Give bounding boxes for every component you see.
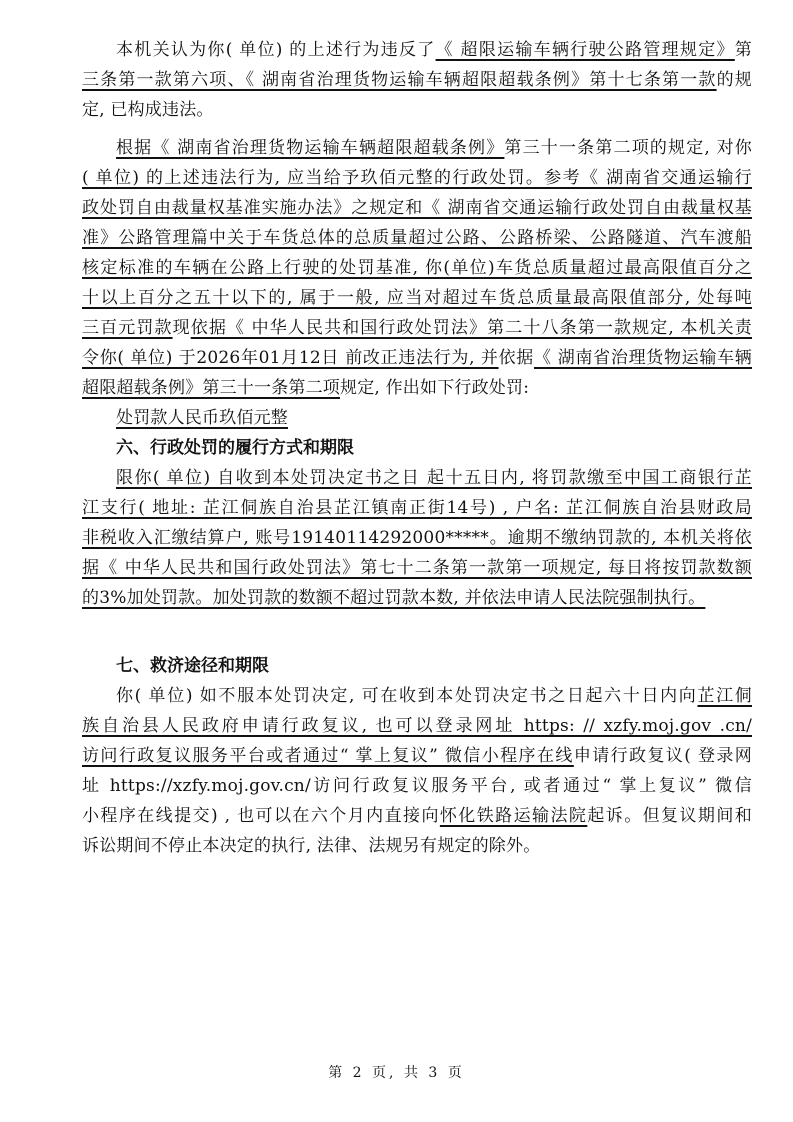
- paragraph-line: 三百元罚款现依据《 中华人民共和国行政处罚法》第二十八条第一款规定, 本机关责: [82, 315, 752, 341]
- underlined-text: 的3%加处罚款。加处罚款的数额不超过罚款本数, 并依法申请人民法院强制执行。: [82, 588, 705, 608]
- underlined-text: 访问行政复议服务平台或者通过“ 掌上复议” 微信小程序在线: [82, 746, 574, 766]
- paragraph-line: 族自治县人民政府申请行政复议, 也可以登录网址 https: // xzfy.m…: [82, 713, 752, 739]
- text-run: 现: [173, 318, 191, 338]
- document-page: 本机关认为你( 单位) 的上述行为违反了《 超限运输车辆行驶公路管理规定》第三条…: [0, 0, 793, 1122]
- paragraph-line: 超限超载条例》第三十一条第二项规定, 作出如下行政处罚:: [82, 375, 752, 401]
- underlined-text: 处罚款人民币玖佰元整: [116, 408, 288, 428]
- underlined-text: 芷江侗: [697, 686, 752, 706]
- paragraph-line: 小程序在线提交) , 也可以在六个月内直接向怀化铁路运输法院起诉。但复议期间和: [82, 803, 752, 829]
- paragraph-line: 定, 已构成违法。: [82, 97, 752, 123]
- text-run: 本机关认为你( 单位) 的上述行为违反了: [116, 40, 436, 60]
- paragraph-line: 江支行( 地址: 芷江侗族自治县芷江镇南正街14号) , 户名: 芷江侗族自治县…: [82, 495, 752, 521]
- paragraph-line: 本机关认为你( 单位) 的上述行为违反了《 超限运输车辆行驶公路管理规定》第: [116, 37, 752, 63]
- underlined-text: 江支行( 地址: 芷江侗族自治县芷江镇南正街14号) , 户名: 芷江侗族自治县…: [82, 498, 752, 518]
- underlined-text: 据《 中华人民共和国行政处罚法》第七十二条第一款第一项规定, 每日将按罚款数额: [82, 558, 752, 578]
- paragraph-line: 的3%加处罚款。加处罚款的数额不超过罚款本数, 并依法申请人民法院强制执行。: [82, 585, 752, 611]
- paragraph-line: 你( 单位) 如不服本处罚决定, 可在收到本处罚决定书之日起六十日内向芷江侗: [116, 683, 752, 709]
- text-run: 起诉。但复议期间和: [587, 806, 752, 826]
- text-run: 第三十一条第二项的规定, 对你: [504, 138, 752, 158]
- paragraph-line: 限你( 单位) 自收到本处罚决定书之日 起十五日内, 将罚款缴至中国工商银行芷: [116, 465, 752, 491]
- paragraph-line: ( 单位) 的上述违法行为, 应当给予玖佰元整的行政处罚。参考《 湖南省交通运输…: [82, 165, 752, 191]
- paragraph-line: 根据《 湖南省治理货物运输车辆超限超载条例》第三十一条第二项的规定, 对你: [116, 135, 752, 161]
- underlined-text: 依据《 中华人民共和国行政处罚法》第二十八条第一款规定, 本机关责: [191, 318, 752, 338]
- paragraph-line: 十以上百分之五十以下的, 属于一般, 应当对超过车货总质量最高限值部分, 处每吨: [82, 285, 752, 311]
- text-run: 规定, 作出如下行政处罚:: [340, 378, 529, 398]
- text-run: 依据: [499, 348, 534, 368]
- text-run: 的规: [717, 70, 752, 90]
- paragraph-line: 政处罚自由裁量权基准实施办法》之规定和《 湖南省交通运输行政处罚自由裁量权基: [82, 195, 752, 221]
- text-run: 址 https://xzfy.moj.gov.cn/访问行政复议服务平台, 或者…: [82, 776, 752, 796]
- underlined-text: ( 单位) 的上述违法行为, 应当给予玖佰元整的行政处罚。参考《 湖南省交通运输…: [82, 168, 752, 188]
- section-heading: 七、救济途径和期限: [116, 653, 269, 679]
- underlined-text: 令你( 单位) 于2026年01月12日 前改正违法行为, 并: [82, 348, 499, 368]
- underlined-text: 根据《 湖南省治理货物运输车辆超限超载条例》: [116, 138, 504, 158]
- underlined-text: 三百元罚款: [82, 318, 173, 338]
- underlined-text: 族自治县人民政府申请行政复议, 也可以登录网址 https: // xzfy.m…: [82, 716, 752, 736]
- paragraph-line: 据《 中华人民共和国行政处罚法》第七十二条第一款第一项规定, 每日将按罚款数额: [82, 555, 752, 581]
- text-run: 你( 单位) 如不服本处罚决定, 可在收到本处罚决定书之日起六十日内向: [116, 686, 697, 706]
- paragraph-line: 三条第一款第六项、《 湖南省治理货物运输车辆超限超载条例》第十七条第一款的规: [82, 67, 752, 93]
- underlined-text: 十以上百分之五十以下的, 属于一般, 应当对超过车货总质量最高限值部分, 处每吨: [82, 288, 752, 308]
- section-heading: 六、行政处罚的履行方式和期限: [116, 435, 354, 461]
- underlined-text: 核定标准的车辆在公路上行驶的处罚基准, 你(单位)车货总质量超过最高限值百分之: [82, 258, 752, 278]
- underlined-text: 《 湖南省治理货物运输车辆: [534, 348, 752, 368]
- underlined-text: 超限超载条例》第三十一条第二项: [82, 378, 340, 398]
- underlined-text: 非税收入汇缴结算户, 账号19140114292000*****。逾期不缴纳罚款…: [82, 528, 752, 548]
- text-run: 申请行政复议( 登录网: [574, 746, 752, 766]
- text-run: 第: [735, 40, 752, 60]
- text-run: 定, 已构成违法。: [82, 100, 214, 120]
- underlined-text: 限你( 单位) 自收到本处罚决定书之日 起十五日内, 将罚款缴至中国工商银行芷: [116, 468, 752, 488]
- paragraph-line: 处罚款人民币玖佰元整: [116, 405, 752, 431]
- paragraph-line: 准》公路管理篇中关于车货总体的总质量超过公路、公路桥梁、公路隧道、汽车渡船: [82, 225, 752, 251]
- paragraph-line: 令你( 单位) 于2026年01月12日 前改正违法行为, 并依据《 湖南省治理…: [82, 345, 752, 371]
- paragraph-line: 诉讼期间不停止本决定的执行, 法律、法规另有规定的除外。: [82, 833, 752, 859]
- underlined-text: 怀化铁路运输法院: [440, 806, 587, 826]
- paragraph-line: 非税收入汇缴结算户, 账号19140114292000*****。逾期不缴纳罚款…: [82, 525, 752, 551]
- page-number-footer: 第 2 页, 共 3 页: [0, 1062, 793, 1082]
- paragraph-line: 址 https://xzfy.moj.gov.cn/访问行政复议服务平台, 或者…: [82, 773, 752, 799]
- paragraph-line: 核定标准的车辆在公路上行驶的处罚基准, 你(单位)车货总质量超过最高限值百分之: [82, 255, 752, 281]
- underlined-text: 《 超限运输车辆行驶公路管理规定》: [436, 40, 735, 60]
- text-run: 诉讼期间不停止本决定的执行, 法律、法规另有规定的除外。: [82, 836, 540, 856]
- text-run: 小程序在线提交) , 也可以在六个月内直接向: [82, 806, 440, 826]
- underlined-text: 政处罚自由裁量权基准实施办法》之规定和《 湖南省交通运输行政处罚自由裁量权基: [82, 198, 752, 218]
- underlined-text: 三条第一款第六项、《 湖南省治理货物运输车辆超限超载条例》第十七条第一款: [82, 70, 717, 90]
- paragraph-line: 访问行政复议服务平台或者通过“ 掌上复议” 微信小程序在线申请行政复议( 登录网: [82, 743, 752, 769]
- underlined-text: 准》公路管理篇中关于车货总体的总质量超过公路、公路桥梁、公路隧道、汽车渡船: [82, 228, 752, 248]
